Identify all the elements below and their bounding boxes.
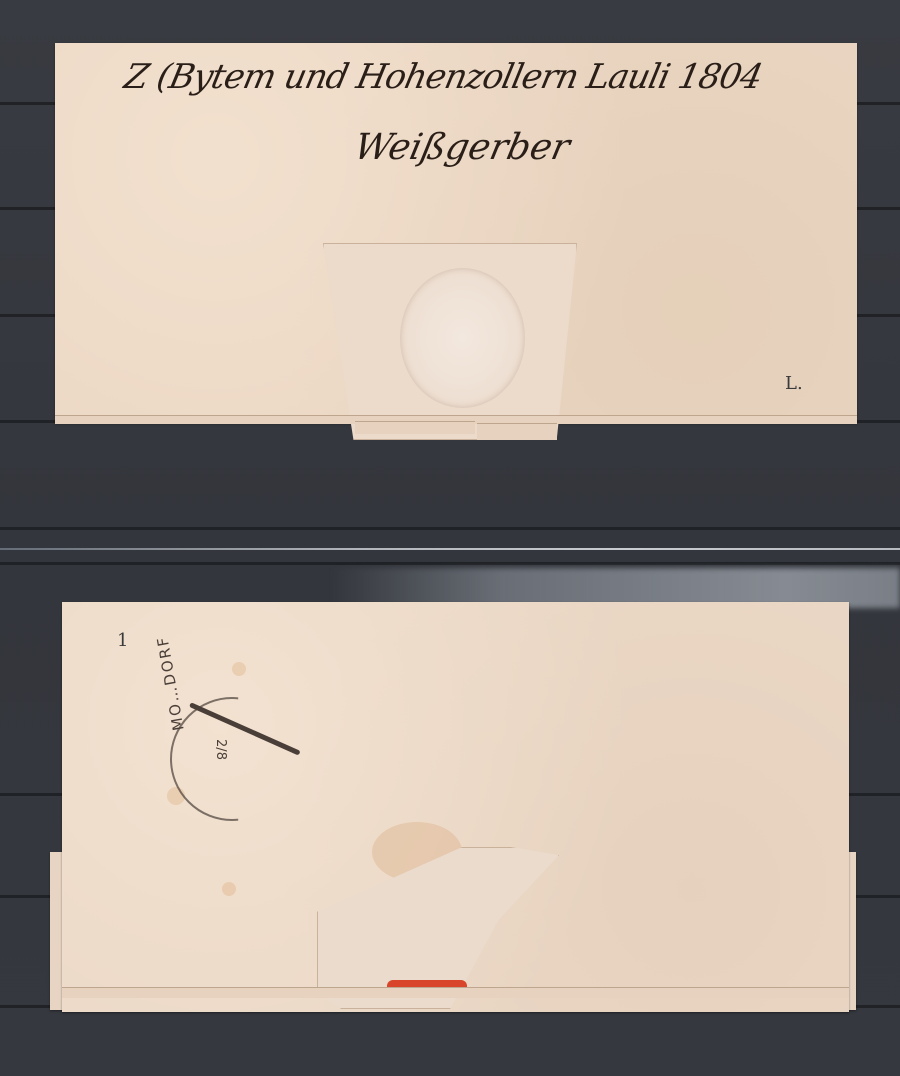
torn-edge — [477, 423, 557, 440]
letter-front: Z (Bytem und Hohenzollern Lauli 1804 Wei… — [55, 43, 857, 423]
letter-back: 1 MO…DORF 2/8 — [62, 602, 849, 1012]
stock-strip-line — [0, 562, 900, 565]
address-line-2: Weißgerber — [351, 127, 574, 168]
corner-mark: L. — [785, 373, 803, 394]
postmark-town: MO…DORF — [153, 634, 187, 732]
stock-strip-line — [0, 527, 900, 530]
pencil-mark: 1 — [117, 630, 128, 651]
embossed-seal — [400, 268, 525, 408]
bottom-fold — [62, 987, 849, 998]
address-line-1: Z (Bytem und Hohenzollern Lauli 1804 — [121, 57, 766, 97]
stock-strip-highlight — [0, 548, 900, 550]
torn-edge — [355, 421, 475, 434]
foxing-spot — [232, 662, 246, 676]
postmark-date: 2/8 — [213, 739, 228, 760]
postmark-circle — [170, 697, 294, 821]
foxing-spot — [222, 882, 236, 896]
